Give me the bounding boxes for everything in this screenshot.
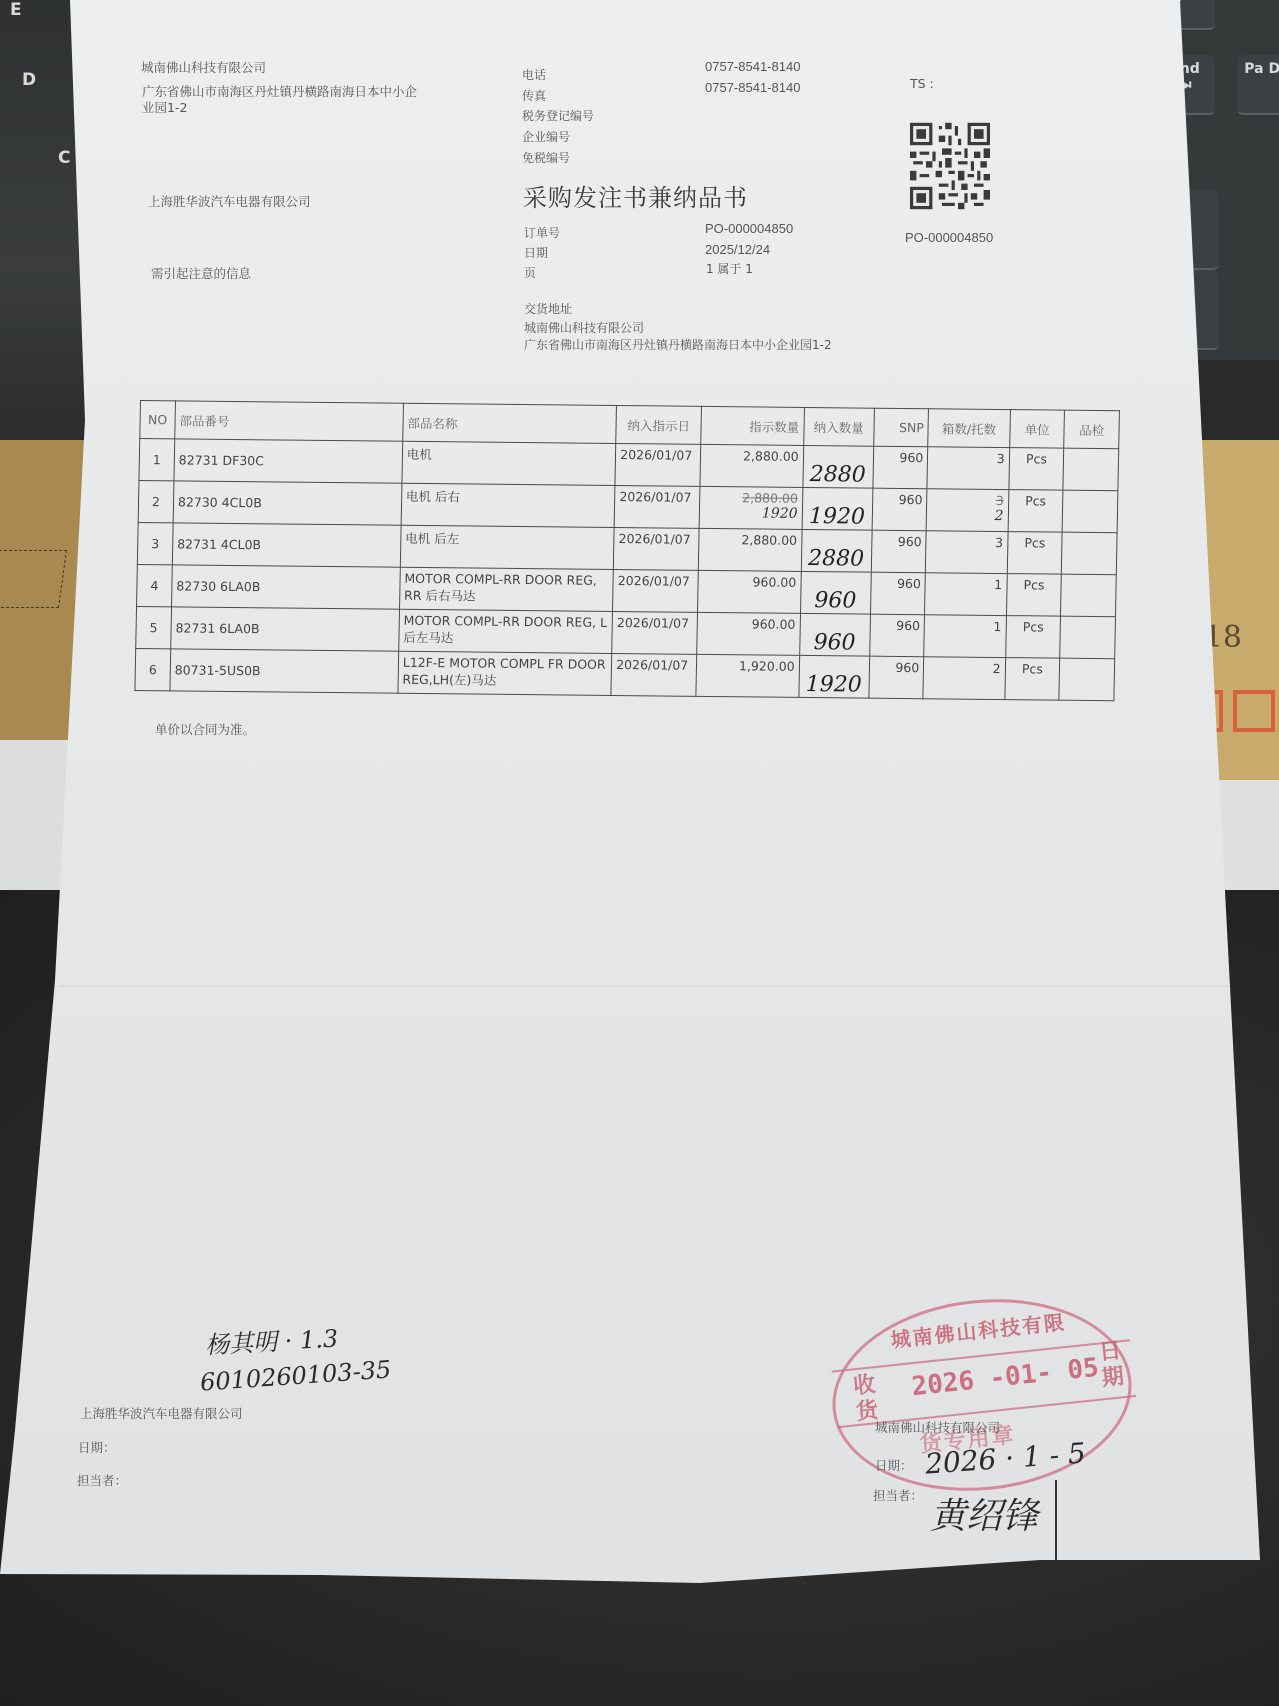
- row-snp: 960: [871, 530, 927, 573]
- part-name-line2: 后左马达: [403, 628, 608, 648]
- row-received-qty-handwritten: 1920: [799, 655, 870, 698]
- row-instructed-qty: 960.00: [698, 570, 801, 613]
- instructed-qty-value: 1,920.00: [739, 658, 795, 674]
- row-no: 4: [137, 564, 173, 606]
- row-instructed-qty: 2,880.001920: [699, 486, 802, 529]
- col-delivery-date: 纳入指示日: [616, 405, 702, 444]
- row-delivery-date: 2026/01/07: [612, 611, 698, 654]
- orange-box-2: [1233, 690, 1275, 732]
- instructed-qty-correction: 1920: [704, 505, 798, 522]
- row-delivery-date: 2026/01/07: [614, 485, 700, 528]
- row-unit: Pcs: [1008, 490, 1064, 533]
- handwritten-signature: 黄绍锋: [930, 1488, 1038, 1539]
- row-instructed-qty: 2,880.00: [698, 528, 801, 571]
- issuer-name: 城南佛山科技有限公司: [141, 58, 266, 76]
- row-delivery-date: 2026/01/07: [614, 527, 700, 570]
- dashed-box-mark: [0, 550, 67, 608]
- row-boxes: 1: [925, 573, 1007, 616]
- boxes-value: 1: [994, 577, 1002, 592]
- delivery-address-label: 交货地址: [524, 300, 572, 317]
- purchase-order-sheet: 城南佛山科技有限公司 广东省佛山市南海区丹灶镇丹横路南海日本中小企 业园1-2 …: [0, 0, 1279, 1706]
- qr-caption: PO-000004850: [905, 230, 993, 245]
- row-qc: [1060, 616, 1115, 659]
- row-snp: 960: [870, 572, 926, 615]
- qr-code-icon: [910, 122, 990, 210]
- row-no: 6: [135, 648, 171, 690]
- row-part-number: 82730 6LA0B: [171, 565, 400, 609]
- row-qc: [1063, 448, 1118, 491]
- row-part-number: 82731 4CL0B: [172, 523, 401, 567]
- row-boxes: 1: [924, 615, 1006, 658]
- tax-exempt-label: 免税编号: [522, 149, 570, 166]
- footer-right-person-label: 担当者：: [873, 1486, 923, 1504]
- fax-value: 0757-8541-8140: [705, 80, 800, 95]
- fax-label: 传真: [522, 87, 546, 104]
- col-no: NO: [140, 401, 176, 439]
- row-no: 2: [138, 480, 174, 522]
- key-d: D: [22, 70, 36, 90]
- part-name-line1: 电机: [407, 445, 612, 465]
- row-unit: Pcs: [1005, 616, 1061, 659]
- handwritten-lot-number: 6010260103-35: [199, 1355, 392, 1396]
- footer-left-company: 上海胜华波汽车电器有限公司: [80, 1404, 243, 1422]
- table-row: 680731-5US0BL12F-E MOTOR COMPL FR DOORRE…: [135, 648, 1115, 700]
- col-instructed-qty: 指示数量: [701, 406, 804, 445]
- part-name-line1: 电机 后右: [406, 487, 611, 507]
- stamp-right-text: 日期: [1098, 1338, 1129, 1392]
- delivery-company: 城南佛山科技有限公司: [524, 319, 644, 336]
- key-e: E: [10, 0, 22, 20]
- part-name-line1: 电机 后左: [405, 529, 610, 549]
- items-table-body: 182731 DF30C电机2026/01/072,880.0028809603…: [135, 438, 1119, 700]
- row-part-number: 82731 6LA0B: [171, 607, 400, 651]
- row-no: 5: [136, 606, 172, 648]
- handwritten-receiver-note: 杨其明 · 1.3: [204, 1319, 339, 1361]
- row-received-qty-handwritten: 960: [799, 613, 870, 656]
- row-qc: [1062, 490, 1117, 533]
- tax-registration-label: 税务登记编号: [522, 107, 594, 124]
- col-part-number: 部品番号: [175, 401, 404, 441]
- key-page-down: Pa Do: [1237, 55, 1279, 115]
- boxes-value: 3: [997, 451, 1005, 466]
- instructed-qty-value: 2,880.00: [743, 448, 799, 464]
- boxes-value: 1: [993, 619, 1001, 634]
- row-qc: [1061, 574, 1116, 617]
- row-unit: Pcs: [1007, 532, 1063, 575]
- row-part-name: 电机 后右: [401, 483, 615, 527]
- row-instructed-qty: 1,920.00: [696, 654, 799, 697]
- row-unit: Pcs: [1006, 574, 1062, 617]
- col-unit: 单位: [1009, 410, 1064, 449]
- recipient-name: 上海胜华波汽车电器有限公司: [148, 192, 311, 210]
- boxes-correction: 2: [931, 507, 1004, 524]
- col-snp: SNP: [873, 408, 928, 447]
- part-name-line2: RR 后右马达: [404, 586, 609, 606]
- paper-fold: [60, 985, 1240, 987]
- row-part-name: L12F-E MOTOR COMPL FR DOORREG,LH(左)马达: [398, 651, 612, 695]
- price-note: 单价以合同为准。: [155, 720, 255, 738]
- row-received-qty-handwritten: 1920: [802, 487, 873, 530]
- row-boxes: 3: [926, 531, 1008, 574]
- boxes-value: 2: [993, 661, 1001, 676]
- row-part-number: 82731 DF30C: [174, 439, 403, 483]
- row-part-number: 82730 4CL0B: [173, 481, 402, 525]
- row-unit: Pcs: [1009, 448, 1065, 491]
- row-delivery-date: 2026/01/07: [615, 443, 701, 486]
- phone-value: 0757-8541-8140: [705, 59, 800, 74]
- row-snp: 960: [869, 614, 925, 657]
- col-boxes: 箱数/托数: [928, 409, 1010, 448]
- attention-label: 需引起注意的信息: [151, 264, 251, 282]
- row-boxes: 3: [927, 447, 1009, 490]
- order-number-value: PO-000004850: [705, 221, 793, 236]
- row-received-qty-handwritten: 960: [800, 571, 871, 614]
- col-received-qty: 纳入数量: [803, 407, 874, 446]
- delivery-address: 广东省佛山市南海区丹灶镇丹横路南海日本中小企业园1-2: [524, 336, 832, 353]
- row-snp: 960: [872, 446, 928, 489]
- row-received-qty-handwritten: 2880: [803, 445, 874, 488]
- page-value: 1 属于 1: [706, 260, 753, 277]
- boxes-value: 3: [995, 535, 1003, 550]
- order-date-value: 2025/12/24: [705, 242, 770, 257]
- row-no: 3: [137, 522, 173, 564]
- row-part-name: 电机 后左: [400, 525, 614, 569]
- order-date-label: 日期: [524, 244, 548, 261]
- row-boxes: 2: [923, 657, 1005, 700]
- footer-left-person-label: 担当者：: [77, 1471, 127, 1489]
- footer-left-date-label: 日期：: [78, 1438, 116, 1456]
- row-part-number: 80731-5US0B: [170, 649, 399, 693]
- order-number-label: 订单号: [524, 224, 560, 241]
- row-instructed-qty: 960.00: [697, 612, 800, 655]
- row-delivery-date: 2026/01/07: [613, 569, 699, 612]
- issuer-address-line2: 业园1-2: [142, 98, 187, 116]
- row-qc: [1062, 532, 1117, 575]
- col-qc: 品检: [1064, 410, 1119, 449]
- row-qc: [1059, 658, 1114, 701]
- phone-label: 电话: [522, 66, 546, 83]
- ts-label: TS :: [910, 76, 934, 91]
- document-title: 采购发注书兼纳品书: [523, 178, 748, 213]
- instructed-qty-value: 960.00: [752, 616, 796, 631]
- row-snp: 960: [872, 488, 928, 531]
- company-number-label: 企业编号: [522, 128, 570, 145]
- part-name-line2: REG,LH(左)马达: [402, 670, 607, 690]
- boxes-value: 3: [996, 493, 1004, 508]
- footer-right-date-label: 日期：: [875, 1456, 913, 1474]
- key-c: C: [58, 148, 70, 168]
- row-no: 1: [139, 438, 175, 480]
- items-table: NO 部品番号 部品名称 纳入指示日 指示数量 纳入数量 SNP 箱数/托数 单…: [134, 400, 1120, 701]
- row-snp: 960: [868, 656, 924, 699]
- col-part-name: 部品名称: [403, 403, 617, 443]
- row-unit: Pcs: [1005, 658, 1061, 701]
- page-label: 页: [524, 264, 536, 281]
- footer-right-company: 城南佛山科技有限公司: [875, 1418, 1000, 1436]
- row-received-qty-handwritten: 2880: [801, 529, 872, 572]
- row-part-name: 电机: [402, 441, 616, 485]
- row-part-name: MOTOR COMPL-RR DOOR REG,RR 后右马达: [399, 567, 613, 611]
- instructed-qty-value: 2,880.00: [741, 532, 797, 548]
- row-part-name: MOTOR COMPL-RR DOOR REG, L后左马达: [399, 609, 613, 653]
- instructed-qty-value: 2,880.00: [742, 490, 798, 506]
- row-instructed-qty: 2,880.00: [700, 444, 803, 487]
- row-boxes: 32: [926, 489, 1008, 532]
- row-delivery-date: 2026/01/07: [611, 653, 697, 696]
- instructed-qty-value: 960.00: [752, 574, 796, 589]
